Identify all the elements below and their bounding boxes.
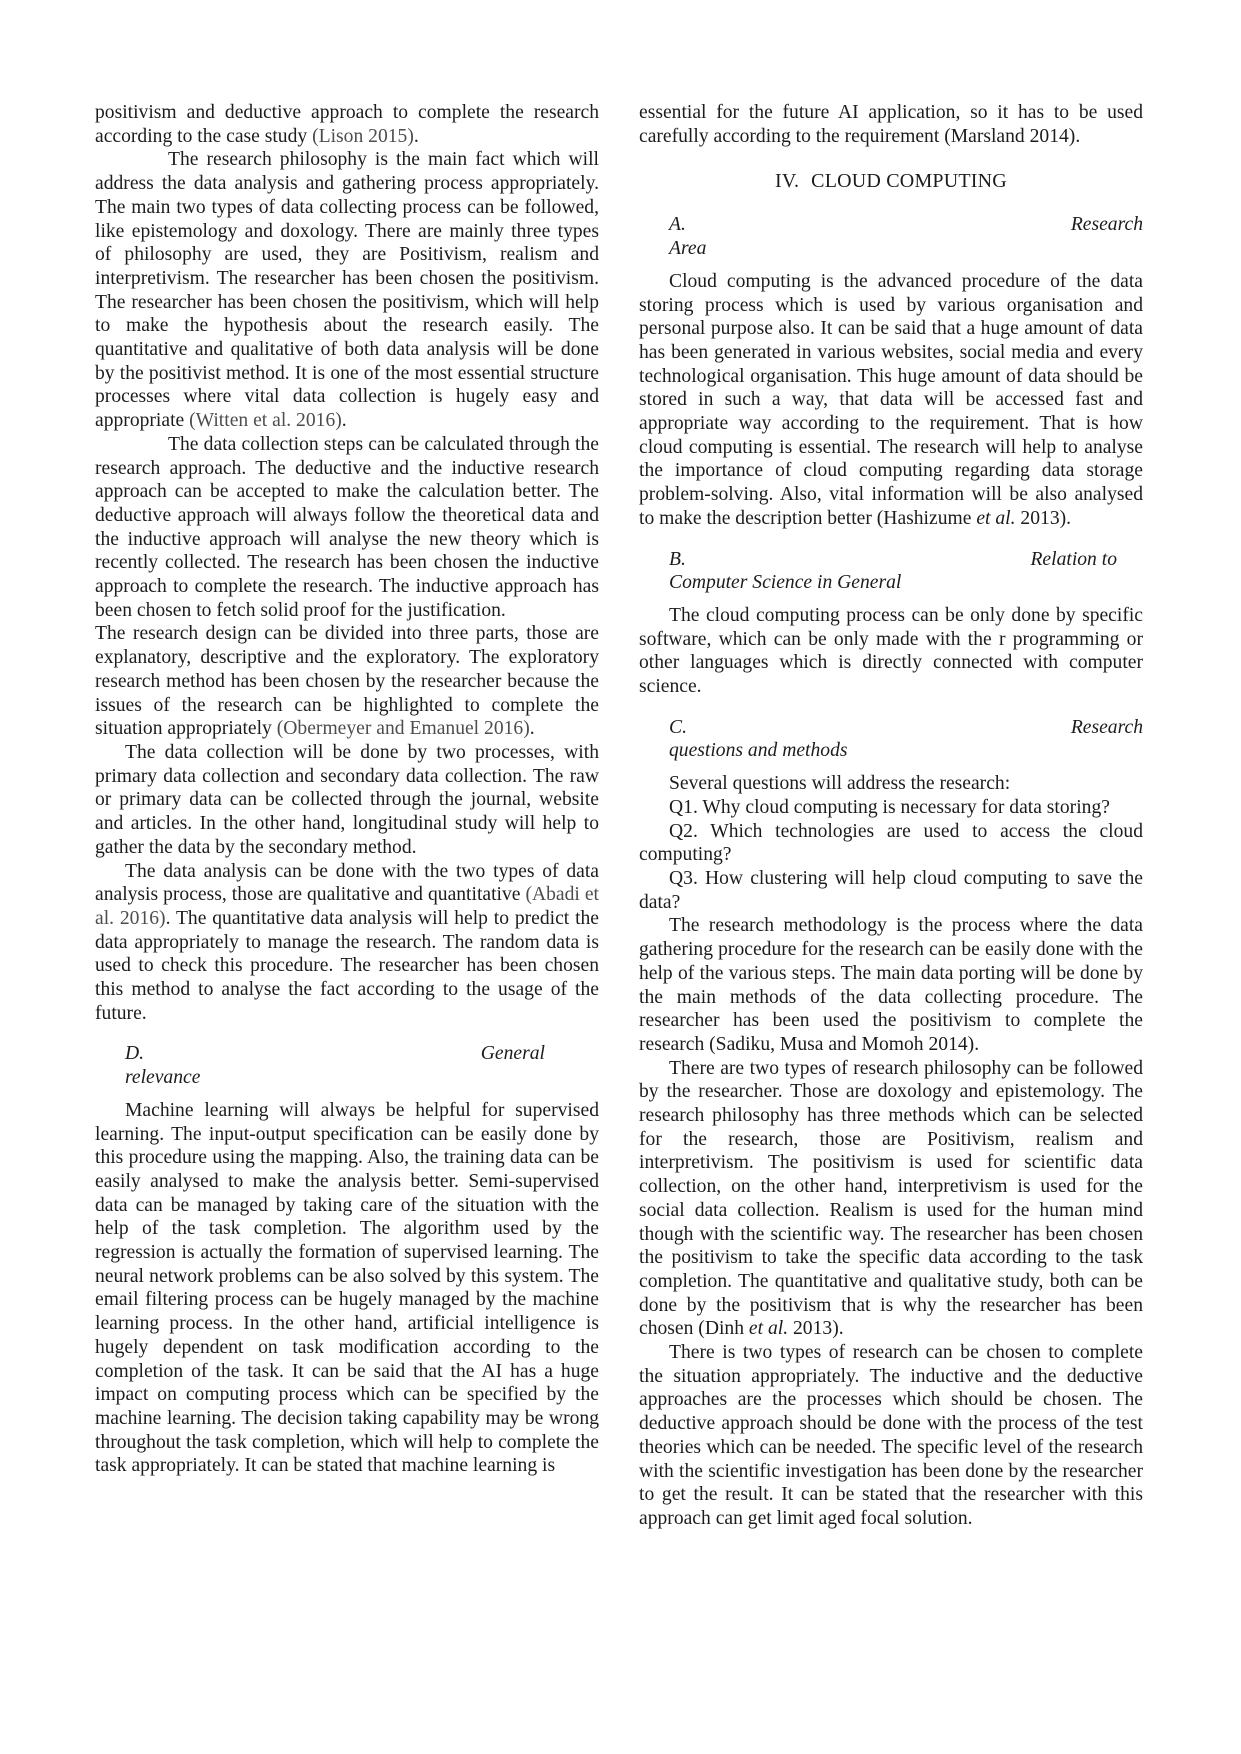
paragraph: The research philosophy is the main fact… xyxy=(95,148,599,432)
subsection-heading-line1: A.Research xyxy=(669,213,1143,237)
text-run: The data collection will be done by two … xyxy=(95,742,599,858)
subsection-heading-line1: C.Research xyxy=(669,716,1143,740)
paragraph: The research methodology is the process … xyxy=(639,914,1143,1056)
text-run: Several questions will address the resea… xyxy=(669,773,1010,794)
text-run: . The quantitative data analysis will he… xyxy=(95,908,599,1024)
section-number: IV. xyxy=(775,169,799,193)
text-run: The research philosophy is the main fact… xyxy=(95,149,599,431)
text-run: Q2. Which technologies are used to acces… xyxy=(639,821,1143,866)
two-column-layout: positivism and deductive approach to com… xyxy=(95,101,1143,1531)
subsection-heading-b: B.Relation to Computer Science in Genera… xyxy=(639,548,1143,595)
left-column: positivism and deductive approach to com… xyxy=(95,101,599,1531)
text-run: The data analysis can be done with the t… xyxy=(95,861,599,906)
section-title-text: CLOUD COMPUTING xyxy=(811,169,1007,193)
text-run: Q1. Why cloud computing is necessary for… xyxy=(669,797,1110,818)
paragraph: The data collection will be done by two … xyxy=(95,741,599,860)
text-run: Machine learning will always be helpful … xyxy=(95,1100,599,1477)
right-column: essential for the future AI application,… xyxy=(639,101,1143,1531)
et-al-italic: et al. xyxy=(749,1318,788,1339)
section-heading-iv: IV.CLOUD COMPUTING xyxy=(639,169,1143,193)
text-run: . xyxy=(530,718,535,739)
paragraph: There are two types of research philosop… xyxy=(639,1057,1143,1341)
subsection-heading-a: A.Research Area xyxy=(639,213,1143,260)
subsection-label: C. xyxy=(669,716,687,740)
paragraph: Several questions will address the resea… xyxy=(639,772,1143,796)
subsection-title-continued: Computer Science in General xyxy=(669,571,1143,595)
text-run: There is two types of research can be ch… xyxy=(639,1342,1143,1529)
paragraph: There is two types of research can be ch… xyxy=(639,1341,1143,1531)
text-run: The data collection steps can be calcula… xyxy=(95,434,599,621)
subsection-title-continued: relevance xyxy=(125,1066,599,1090)
subsection-title: Research xyxy=(1071,716,1143,740)
text-run: The research methodology is the process … xyxy=(639,915,1143,1055)
subsection-heading-line1: D.General xyxy=(125,1042,599,1066)
paragraph: positivism and deductive approach to com… xyxy=(95,101,599,148)
paragraph: Cloud computing is the advanced procedur… xyxy=(639,270,1143,531)
subsection-title: General xyxy=(481,1042,545,1066)
subsection-heading-line1: B.Relation to xyxy=(669,548,1143,572)
paragraph: The research design can be divided into … xyxy=(95,622,599,741)
subsection-heading-c: C.Research questions and methods xyxy=(639,716,1143,763)
text-run: 2013). xyxy=(1016,508,1072,529)
subsection-label: B. xyxy=(669,548,686,572)
subsection-title-continued: Area xyxy=(669,237,1143,261)
text-run: Q3. How clustering will help cloud compu… xyxy=(639,868,1143,913)
paragraph: The data analysis can be done with the t… xyxy=(95,860,599,1026)
text-run: essential for the future AI application,… xyxy=(639,102,1143,147)
text-run: The cloud computing process can be only … xyxy=(639,605,1143,697)
paragraph: The data collection steps can be calcula… xyxy=(95,433,599,623)
text-run: Cloud computing is the advanced procedur… xyxy=(639,271,1143,529)
citation: (Witten et al. 2016) xyxy=(189,410,342,431)
text-run: 2013). xyxy=(788,1318,844,1339)
subsection-label: D. xyxy=(125,1042,144,1066)
document-page: positivism and deductive approach to com… xyxy=(0,0,1241,1754)
subsection-heading-d: D.General relevance xyxy=(95,1042,599,1089)
text-run: . xyxy=(414,126,419,147)
paragraph: essential for the future AI application,… xyxy=(639,101,1143,148)
citation: (Lison 2015) xyxy=(312,126,414,147)
research-question-2: Q2. Which technologies are used to acces… xyxy=(639,820,1143,867)
citation: (Obermeyer and Emanuel 2016) xyxy=(277,718,530,739)
research-question-3: Q3. How clustering will help cloud compu… xyxy=(639,867,1143,914)
subsection-title-continued: questions and methods xyxy=(669,739,1143,763)
et-al-italic: et al. xyxy=(976,508,1015,529)
subsection-title: Research xyxy=(1071,213,1143,237)
subsection-label: A. xyxy=(669,213,686,237)
paragraph: Machine learning will always be helpful … xyxy=(95,1099,599,1478)
paragraph: The cloud computing process can be only … xyxy=(639,604,1143,699)
text-run: There are two types of research philosop… xyxy=(639,1058,1143,1340)
text-run: . xyxy=(342,410,347,431)
research-question-1: Q1. Why cloud computing is necessary for… xyxy=(639,796,1143,820)
subsection-title: Relation to xyxy=(1030,548,1117,572)
